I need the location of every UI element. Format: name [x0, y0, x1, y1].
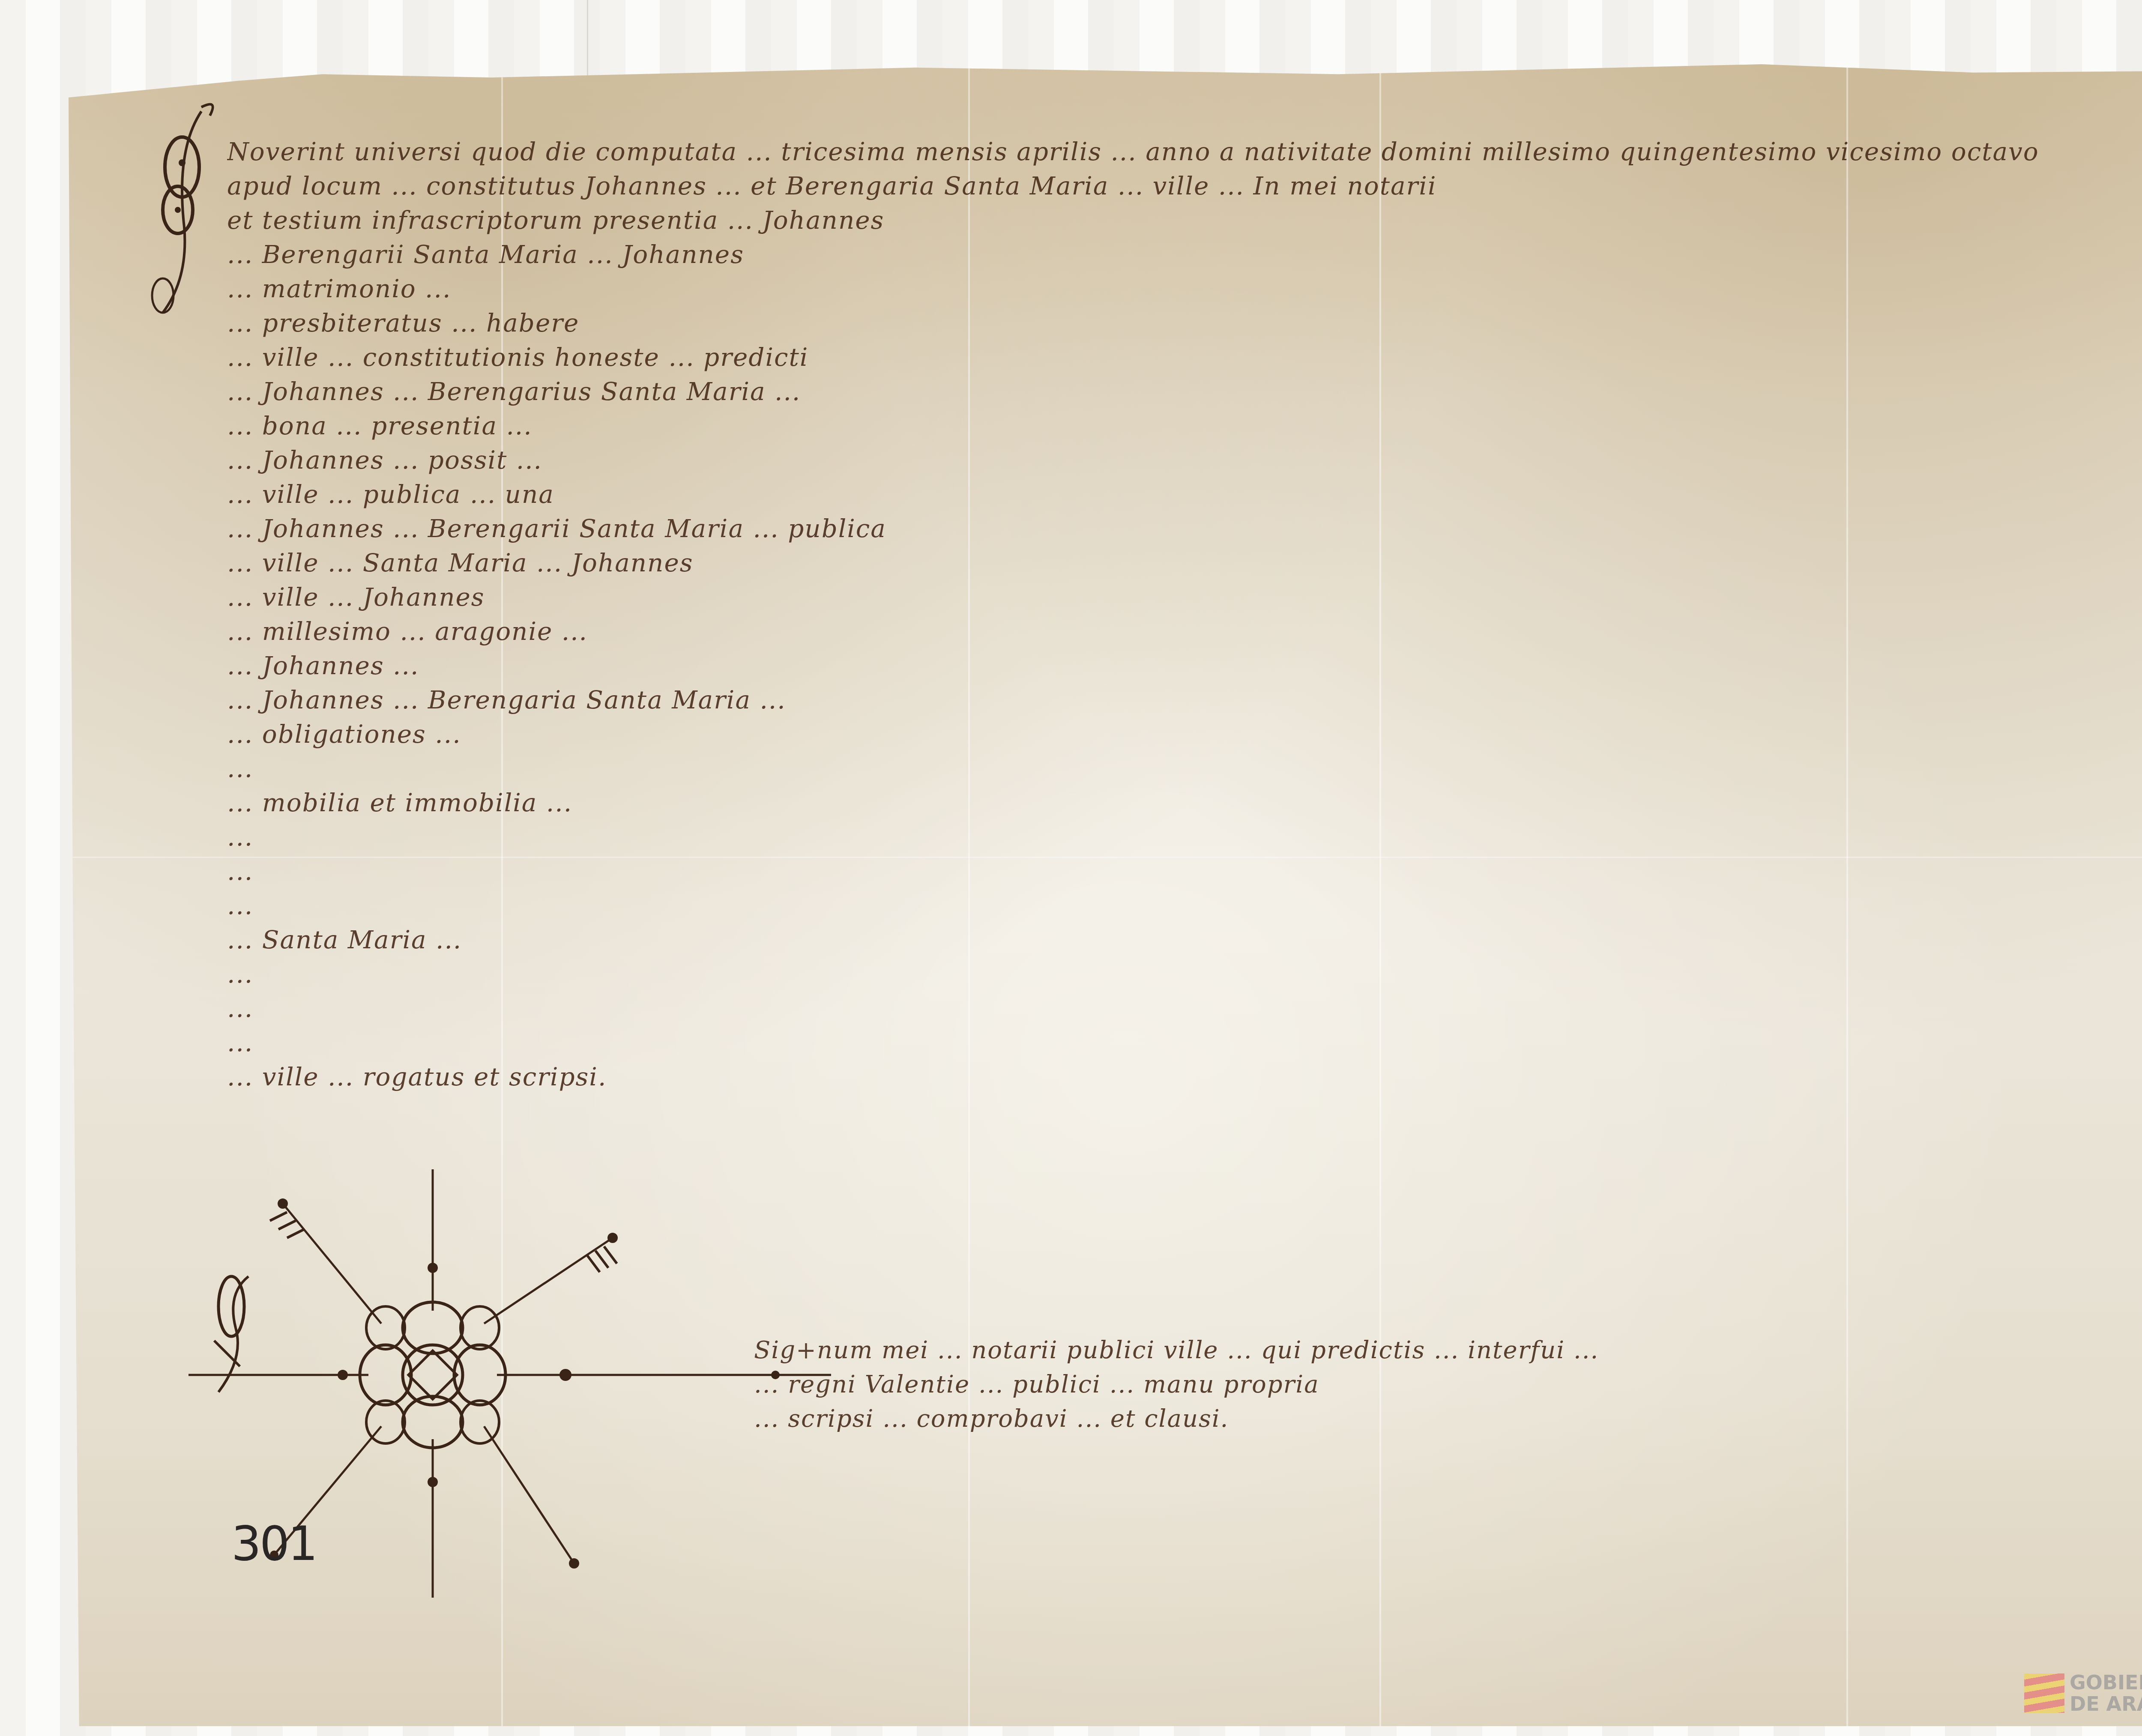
- text-line: ... bona ... presentia ...: [227, 411, 2142, 442]
- text-line: ... ville ... publica ... una: [227, 480, 2142, 511]
- text-line: ...: [227, 754, 2142, 785]
- text-line: et testium infrascriptorum presentia ...…: [227, 206, 2142, 237]
- watermark-logo: GOBIERNO DE ARAGON: [2024, 1672, 2142, 1715]
- text-line: ... Johannes ... Berengarius Santa Maria…: [227, 377, 2142, 408]
- text-line: ... Santa Maria ...: [227, 925, 2142, 956]
- text-line: ... ville ... Santa Maria ... Johannes: [227, 548, 2142, 580]
- text-line: ... millesimo ... aragonie ...: [227, 617, 2142, 648]
- text-line: ...: [227, 1028, 2142, 1059]
- watermark-line2: DE ARAGON: [2070, 1693, 2142, 1715]
- watermark-line1: GOBIERNO: [2070, 1672, 2142, 1693]
- text-line: ... Johannes ... Berengarii Santa Maria …: [227, 514, 2142, 545]
- text-line: ...: [227, 857, 2142, 888]
- text-line: ... ville ... constitutionis honeste ...…: [227, 343, 2142, 374]
- text-line: ... Johannes ...: [227, 651, 2142, 682]
- text-line: ...: [227, 822, 2142, 854]
- text-line: ... mobilia et immobilia ...: [227, 788, 2142, 819]
- charter-body-text: Noverint universi quod die computata ...…: [227, 137, 2142, 1097]
- aragon-flag-icon: [2024, 1673, 2064, 1713]
- text-line: Sig+num mei ... notarii publici ville ..…: [754, 1336, 1996, 1368]
- text-line: ... presbiteratus ... habere: [227, 308, 2142, 340]
- decorated-initial-icon: [137, 99, 227, 321]
- text-line: apud locum ... constitutus Johannes ... …: [227, 171, 2142, 203]
- text-line: ... obligationes ...: [227, 720, 2142, 751]
- text-line: ...: [227, 959, 2142, 991]
- text-line: ... scripsi ... comprobavi ... et clausi…: [754, 1405, 1996, 1436]
- text-line: ... ville ... rogatus et scripsi.: [227, 1062, 2142, 1094]
- text-line: ...: [227, 994, 2142, 1025]
- text-line: ... Johannes ... Berengaria Santa Maria …: [227, 685, 2142, 717]
- text-line: Noverint universi quod die computata ...…: [227, 137, 2142, 168]
- parchment-sheet: Noverint universi quod die computata ...…: [69, 64, 2142, 1726]
- text-line: ... Berengarii Santa Maria ... Johannes: [227, 240, 2142, 271]
- watermark-text: GOBIERNO DE ARAGON: [2070, 1672, 2142, 1715]
- text-line: ... regni Valentie ... publici ... manu …: [754, 1371, 1996, 1402]
- text-line: ... Johannes ... possit ...: [227, 445, 2142, 477]
- text-line: ... matrimonio ...: [227, 274, 2142, 305]
- text-line: ...: [227, 891, 2142, 922]
- text-line: ... ville ... Johannes: [227, 583, 2142, 614]
- notary-subscription-text: Sig+num mei ... notarii publici ville ..…: [754, 1336, 1996, 1439]
- archive-number: 301: [231, 1516, 316, 1571]
